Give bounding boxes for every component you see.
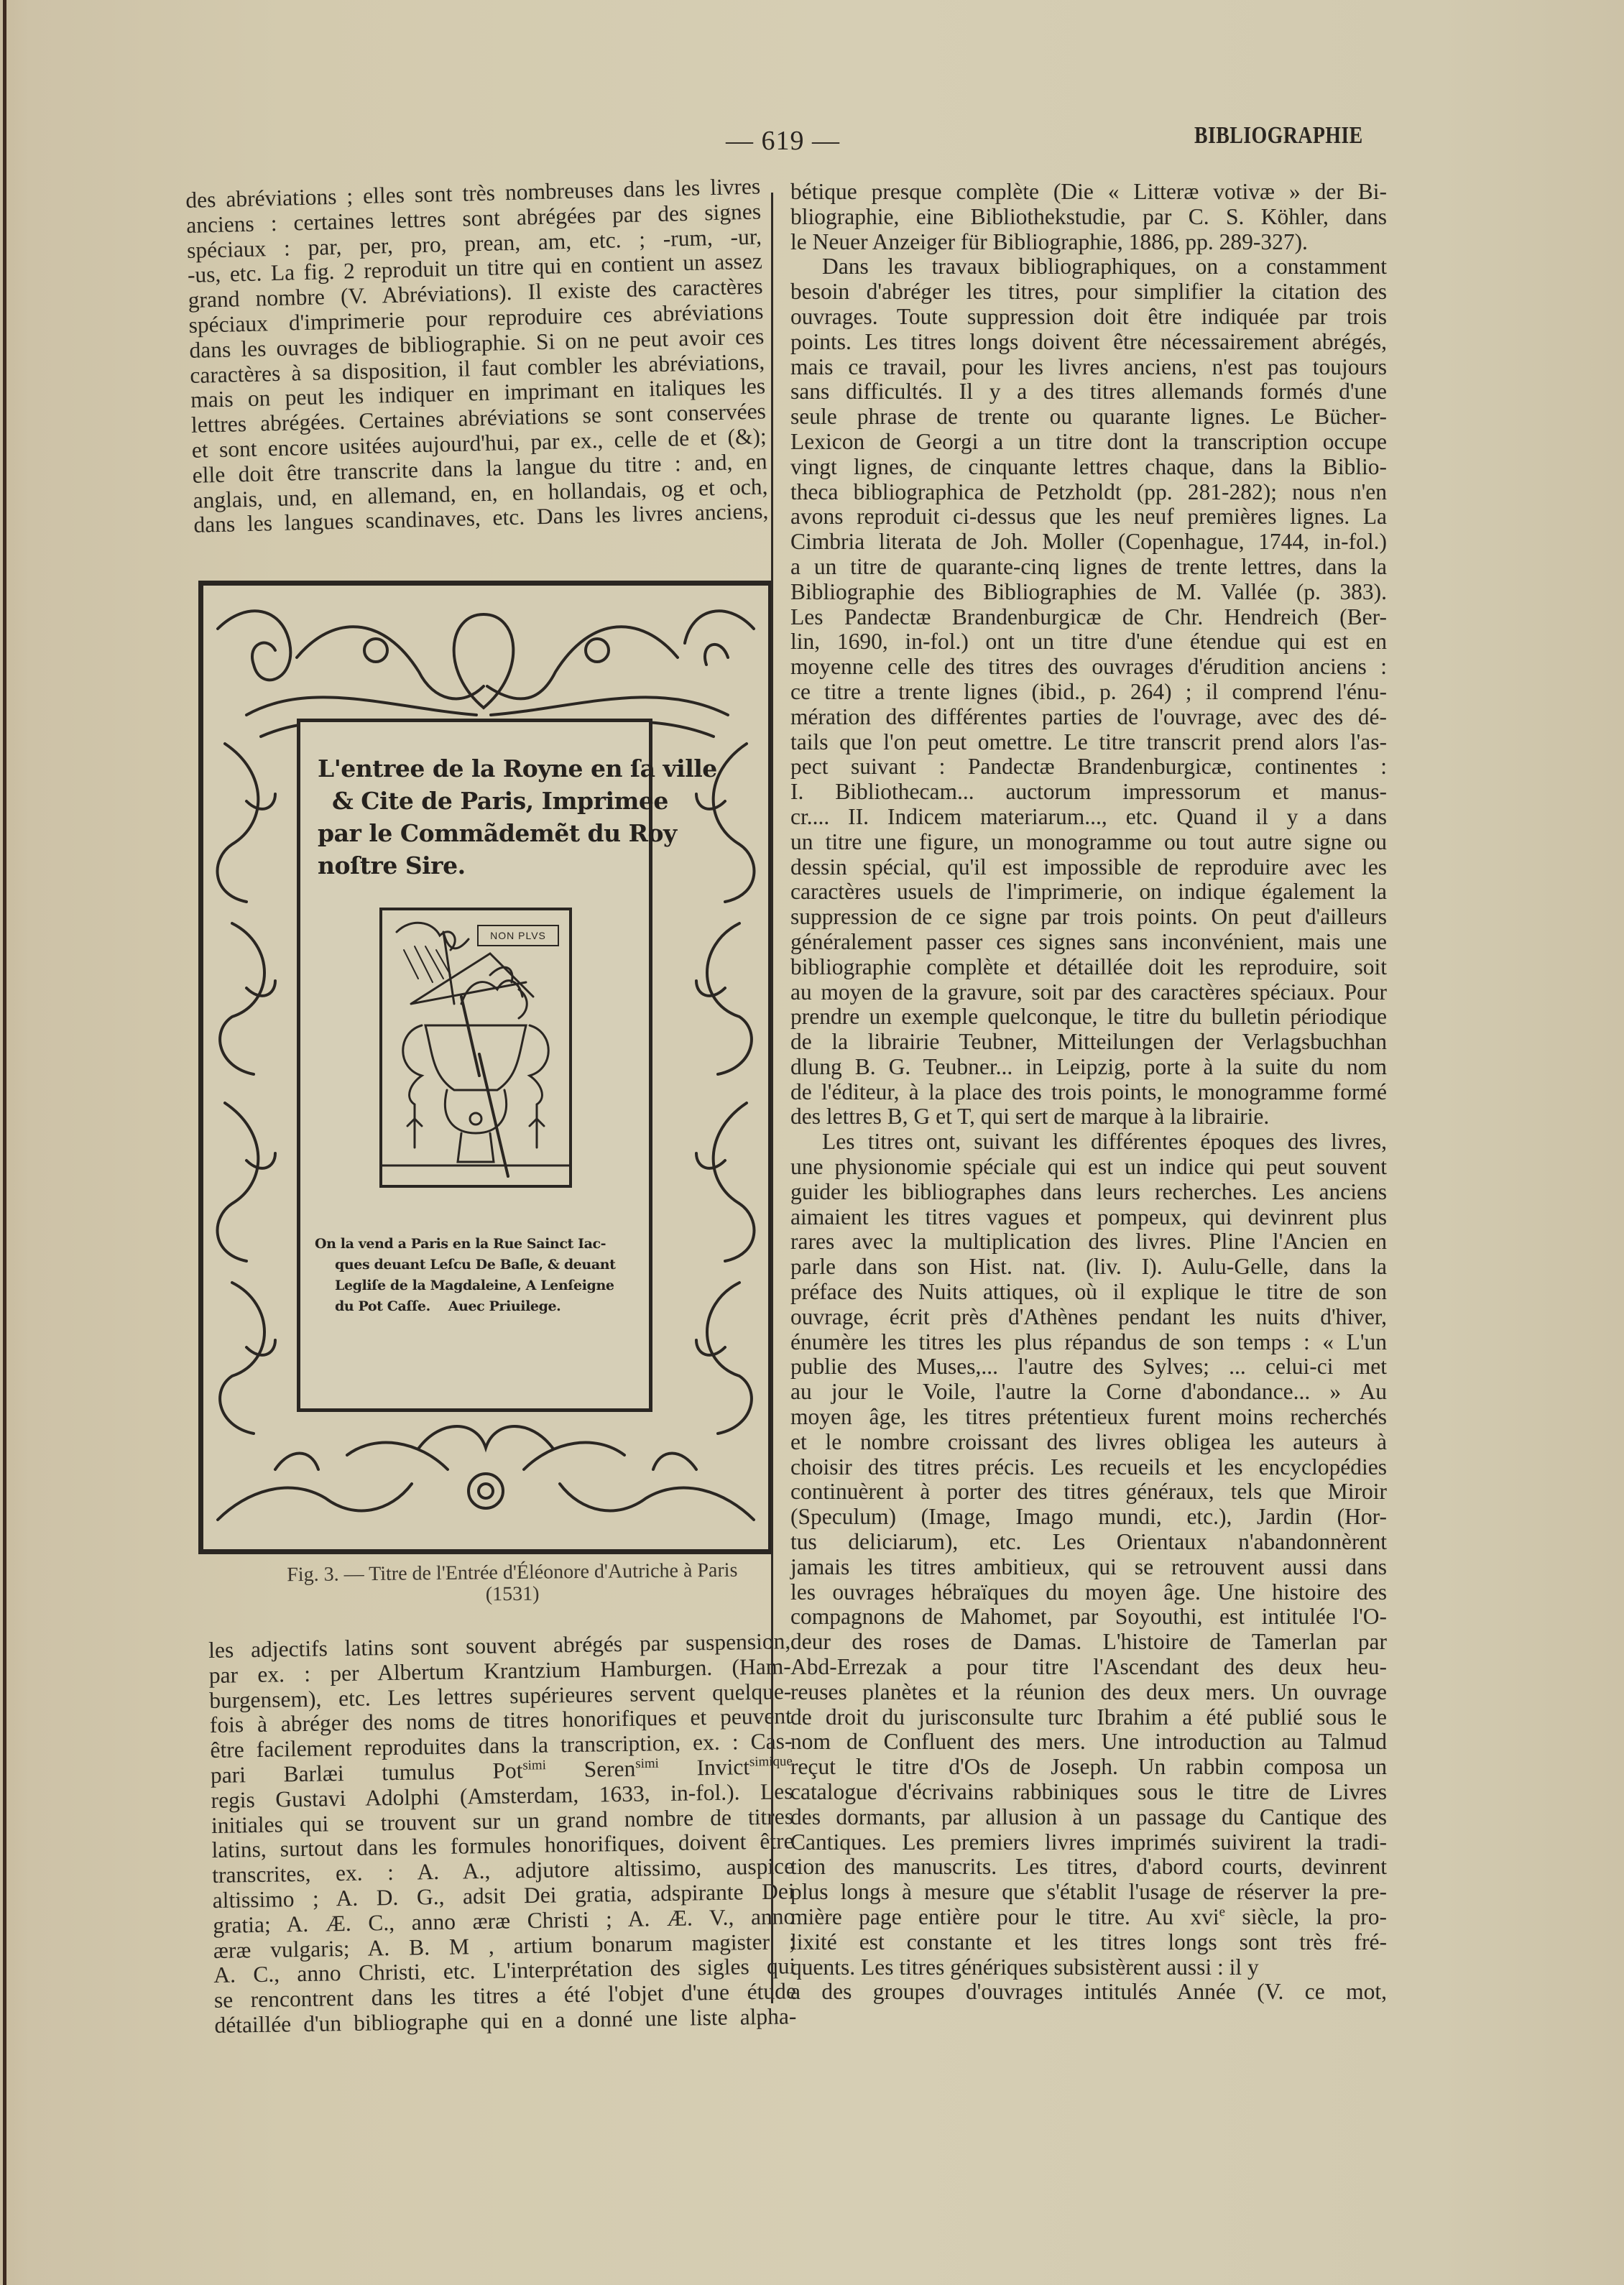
text-line: bibliographie complète et détaillée doit…	[790, 955, 1387, 980]
text-line: sans difficultés. Il y a des titres alle…	[790, 379, 1387, 405]
running-head: BIBLIOGRAPHIE	[1194, 122, 1363, 149]
text-line: et le nombre croissant des livres oblige…	[790, 1430, 1387, 1455]
text-line: avons reproduit ci-dessus que les neuf p…	[790, 504, 1387, 530]
text-line: ce titre a trente lignes (ibid., p. 264)…	[790, 680, 1387, 705]
imprint-line: Legliſe de la Magdaleine, A Lenſeigne	[315, 1275, 645, 1296]
text-line: compagnons de Mahomet, par Soyouthi, est…	[790, 1605, 1387, 1630]
text-line: seule phrase de trente ou quarante ligne…	[790, 405, 1387, 430]
scanned-page: — 619 — BIBLIOGRAPHIE des abréviations ;…	[0, 0, 1624, 2285]
text-line: catalogue d'écrivains rabbiniques sous l…	[790, 1780, 1387, 1805]
text-line: un titre une figure, un monogramme ou to…	[790, 830, 1387, 855]
text-line: pect suivant : Pandectæ Brandenburgicæ, …	[790, 754, 1387, 780]
text-line: le Neuer Anzeiger für Bibliographie, 188…	[790, 230, 1387, 255]
text-line: énumère les titres les plus répandus de …	[790, 1330, 1387, 1355]
text-line: I. Bibliothecam... auctorum impressorum …	[790, 780, 1387, 805]
woodcut-title-line: noſtre Sire.	[318, 849, 655, 882]
imprint-line: ques deuant Leſcu De Baſle, & deuant	[315, 1255, 645, 1275]
text-line: tails que l'on peut omettre. Le titre tr…	[790, 730, 1387, 755]
text-line: reuses planètes et la réunion des deux m…	[790, 1680, 1387, 1705]
text-line: lixité est constante et les titres longs…	[790, 1930, 1387, 1955]
text-line: moyen âge, les titres prétentieux furent…	[790, 1405, 1387, 1430]
text-line: ouvrages. Toute suppression doit être in…	[790, 305, 1387, 330]
text-line: (Speculum) (Image, Imago mundi, etc.), J…	[790, 1505, 1387, 1530]
text-line: rares avec la multiplication des livres.…	[790, 1229, 1387, 1255]
text-line: de droit du jurisconsulte turc Ibrahim a…	[790, 1705, 1387, 1730]
text-line: Les Pandectæ Brandenburgicæ de Chr. Hend…	[790, 605, 1387, 630]
text-line: caractères usuels de l'imprimerie, on in…	[790, 880, 1387, 905]
column-rule	[771, 193, 773, 2003]
text-line: guider les bibliographes dans leurs rech…	[790, 1180, 1387, 1205]
woodcut-title-line: & Cite de Paris, Imprimee	[318, 785, 655, 817]
text-line: continuèrent à porter des titres générau…	[790, 1480, 1387, 1505]
text-line: Bibliographie des Bibliographies de M. V…	[790, 580, 1387, 605]
text-line: de la librairie Teubner, Mitteilungen de…	[790, 1030, 1387, 1055]
text-line: mération des différentes parties de l'ou…	[790, 705, 1387, 730]
text-line: deur des roses de Damas. L'histoire de T…	[790, 1630, 1387, 1655]
text-line: moyenne celle des titres des ouvrages d'…	[790, 655, 1387, 680]
text-line: bliographie, eine Bibliothekstudie, par …	[790, 205, 1387, 230]
text-line: nom de Confluent des mers. Une introduct…	[790, 1730, 1387, 1755]
imprint-line: On la vend a Paris en la Rue Sainct Iac-	[315, 1234, 645, 1255]
text-line: une physionomie spéciale qui est un indi…	[790, 1155, 1387, 1180]
text-line: plus longs à mesure que s'établit l'usag…	[790, 1880, 1387, 1905]
text-line: vingt lignes, de cinquante lettres chaqu…	[790, 455, 1387, 480]
left-column-top-text: des abréviations ; elles sont très nombr…	[185, 174, 769, 538]
text-line: tus deliciarum), etc. Les Orientaux n'ab…	[790, 1530, 1387, 1555]
text-line: des lettres B, G et T, qui sert de marqu…	[790, 1104, 1387, 1130]
text-line: les ouvrages hébraïques du moyen âge. Un…	[790, 1580, 1387, 1605]
text-line: au jour le Voile, l'autre la Corne d'abo…	[790, 1380, 1387, 1405]
text-line: tion des manuscrits. Les titres, d'abord…	[790, 1855, 1387, 1880]
page-header: — 619 — BIBLIOGRAPHIE	[0, 122, 1624, 165]
text-line: jamais les titres ambitieux, qui se retr…	[790, 1555, 1387, 1580]
text-line: bétique presque complète (Die « Litteræ …	[790, 180, 1387, 205]
text-line: lin, 1690, in-fol.) ont un titre d'une é…	[790, 629, 1387, 655]
text-line: theca bibliographica de Petzholdt (pp. 2…	[790, 480, 1387, 505]
right-column-text: bétique presque complète (Die « Litteræ …	[790, 180, 1387, 2005]
text-line: Cantiques. Les premiers livres imprimés …	[790, 1830, 1387, 1855]
text-line: a un titre de quarante-cinq lignes de tr…	[790, 555, 1387, 580]
text-line: Les titres ont, suivant les différentes …	[790, 1130, 1387, 1155]
page-binding-edge	[3, 0, 6, 2285]
left-column-bottom-text: les adjectifs latins sont souvent abrégé…	[208, 1629, 797, 2038]
text-line: préface des Nuits attiques, où il expliq…	[790, 1280, 1387, 1305]
text-line: mière page entière pour le titre. Au xvi…	[790, 1905, 1387, 1930]
figure-caption: Fig. 3. — Titre de l'Entrée d'Éléonore d…	[229, 1559, 797, 1608]
woodcut-title-line: par le Commãdemẽt du Roy	[318, 817, 655, 849]
figure-3-woodcut-title-page: L'entree de la Royne en ſa ville & Cite …	[198, 581, 773, 1554]
text-line: mais ce travail, pour les livres anciens…	[790, 355, 1387, 380]
text-line: dlung B. G. Teubner... in Leipzig, porte…	[790, 1055, 1387, 1080]
text-line: Dans les travaux bibliographiques, on a …	[790, 254, 1387, 280]
page-number: — 619 —	[726, 125, 840, 157]
text-line: reçut le titre d'Os de Joseph. Un rabbin…	[790, 1755, 1387, 1780]
printer-device-woodcut: NON PLVS	[379, 908, 572, 1188]
text-line: quents. Les titres génériques subsistère…	[790, 1955, 1387, 1980]
text-line: points. Les titres longs doivent être né…	[790, 330, 1387, 355]
title-page-box: L'entree de la Royne en ſa ville & Cite …	[297, 719, 652, 1412]
text-line: au moyen de la gravure, soit par des car…	[790, 980, 1387, 1005]
imprint-line: du Pot Caſſe. Auec Priuilege.	[315, 1296, 645, 1317]
text-line: cr.... II. Indicem materiarum..., etc. Q…	[790, 805, 1387, 830]
text-line: prendre un exemple quelconque, le titre …	[790, 1005, 1387, 1030]
text-line: suppression de ce signe par trois points…	[790, 905, 1387, 930]
woodcut-imprint: On la vend a Paris en la Rue Sainct Iac-…	[315, 1234, 645, 1317]
text-line: généralement passer ces signes sans inco…	[790, 930, 1387, 955]
woodcut-title-line: L'entree de la Royne en ſa ville	[318, 752, 655, 785]
text-line: a des groupes d'ouvrages intitulés Année…	[790, 1980, 1387, 2005]
text-line: dessin spécial, qu'il est impossible de …	[790, 855, 1387, 880]
text-line: de l'éditeur, à la place des trois point…	[790, 1080, 1387, 1105]
vase-emblem-icon	[382, 910, 569, 1185]
text-line: publie des Muses,... l'autre des Sylves;…	[790, 1354, 1387, 1380]
text-line: Abd-Errezak a pour titre l'Ascendant des…	[790, 1655, 1387, 1680]
text-line: aimaient les titres vagues et pompeux, q…	[790, 1205, 1387, 1230]
text-line: parle dans son Hist. nat. (liv. I). Aulu…	[790, 1255, 1387, 1280]
woodcut-title: L'entree de la Royne en ſa ville & Cite …	[318, 752, 655, 882]
text-line: choisir des titres précis. Les recueils …	[790, 1455, 1387, 1480]
text-line: ouvrage, écrit près d'Athènes pendant le…	[790, 1305, 1387, 1330]
text-line: Cimbria literata de Joh. Moller (Copenha…	[790, 530, 1387, 555]
text-line: des dormants, par allusion à un passage …	[790, 1805, 1387, 1830]
text-line: Lexicon de Georgi a un titre dont la tra…	[790, 430, 1387, 455]
text-line: besoin d'abréger les titres, pour simpli…	[790, 280, 1387, 305]
